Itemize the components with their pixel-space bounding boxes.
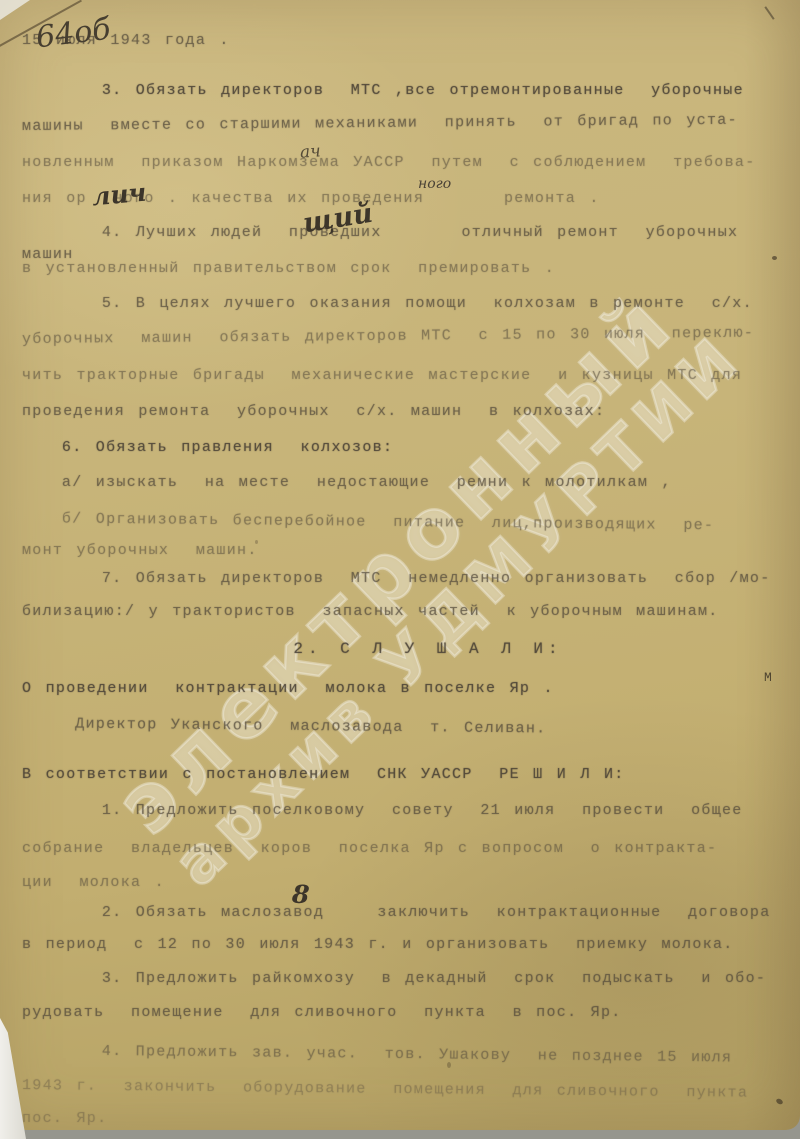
typed-line: пос. Яр. [22, 1108, 792, 1130]
ink-speck [447, 1062, 451, 1068]
typed-line: 5. В целях лучшего оказания помощи колхо… [22, 293, 792, 315]
typed-line-date: 15 июля 1943 года . [22, 30, 792, 52]
typed-line: О проведении контрактации молока в посел… [22, 678, 792, 700]
typed-line: 2. Обязать маслозавод заключить контракт… [22, 902, 792, 924]
ink-speck [255, 540, 258, 544]
typed-line: рудовать помещение для сливочного пункта… [22, 1002, 792, 1024]
typed-line: билизацию:/ у трактористов запасных част… [22, 601, 792, 623]
typed-line: в период с 12 по 30 июля 1943 г. и орган… [22, 934, 792, 956]
typed-line: монт уборочных машин. [22, 540, 792, 562]
typed-line: проведения ремонта уборочных с/х. машин … [22, 401, 792, 423]
typed-line: 7. Обязать директоров МТС немедленно орг… [22, 568, 792, 590]
typed-line: 1. Предложить поселковому совету 21 июля… [22, 800, 792, 822]
typed-line: в установленный правительством срок прем… [22, 258, 792, 280]
handwritten-insert-small: ач [299, 141, 321, 162]
typed-line: В соответствии с постановлением СНК УАСС… [22, 764, 792, 786]
handwritten-insert-lich: лич [91, 178, 148, 212]
typed-line: 3. Предложить райкомхозу в декадный срок… [22, 968, 792, 990]
typed-line: чить тракторные бригады механические мас… [22, 365, 792, 387]
ink-speck [772, 256, 777, 260]
typed-line: новленным приказом Наркомзема УАССР путе… [22, 152, 792, 174]
handwritten-insert-nogo: ного [418, 176, 451, 192]
typed-line: собрание владельцев коров поселка Яр с в… [22, 838, 792, 860]
scanned-document-page: электронный архив УДМУРТИИ 15 июля 1943 … [0, 0, 800, 1139]
section-heading: 2. С Л У Ш А Л И: [28, 638, 800, 660]
typed-line: а/ изыскать на месте недостающие ремни к… [22, 472, 792, 494]
handwritten-margin-mark: М [764, 670, 772, 685]
typed-line: ции молока . [22, 872, 792, 894]
typed-line: 3. Обязать директоров МТС ,все отремонти… [22, 80, 792, 102]
typed-line: 6. Обязать правления колхозов: [22, 437, 792, 459]
handwritten-insert-eight: 8 [291, 880, 310, 910]
